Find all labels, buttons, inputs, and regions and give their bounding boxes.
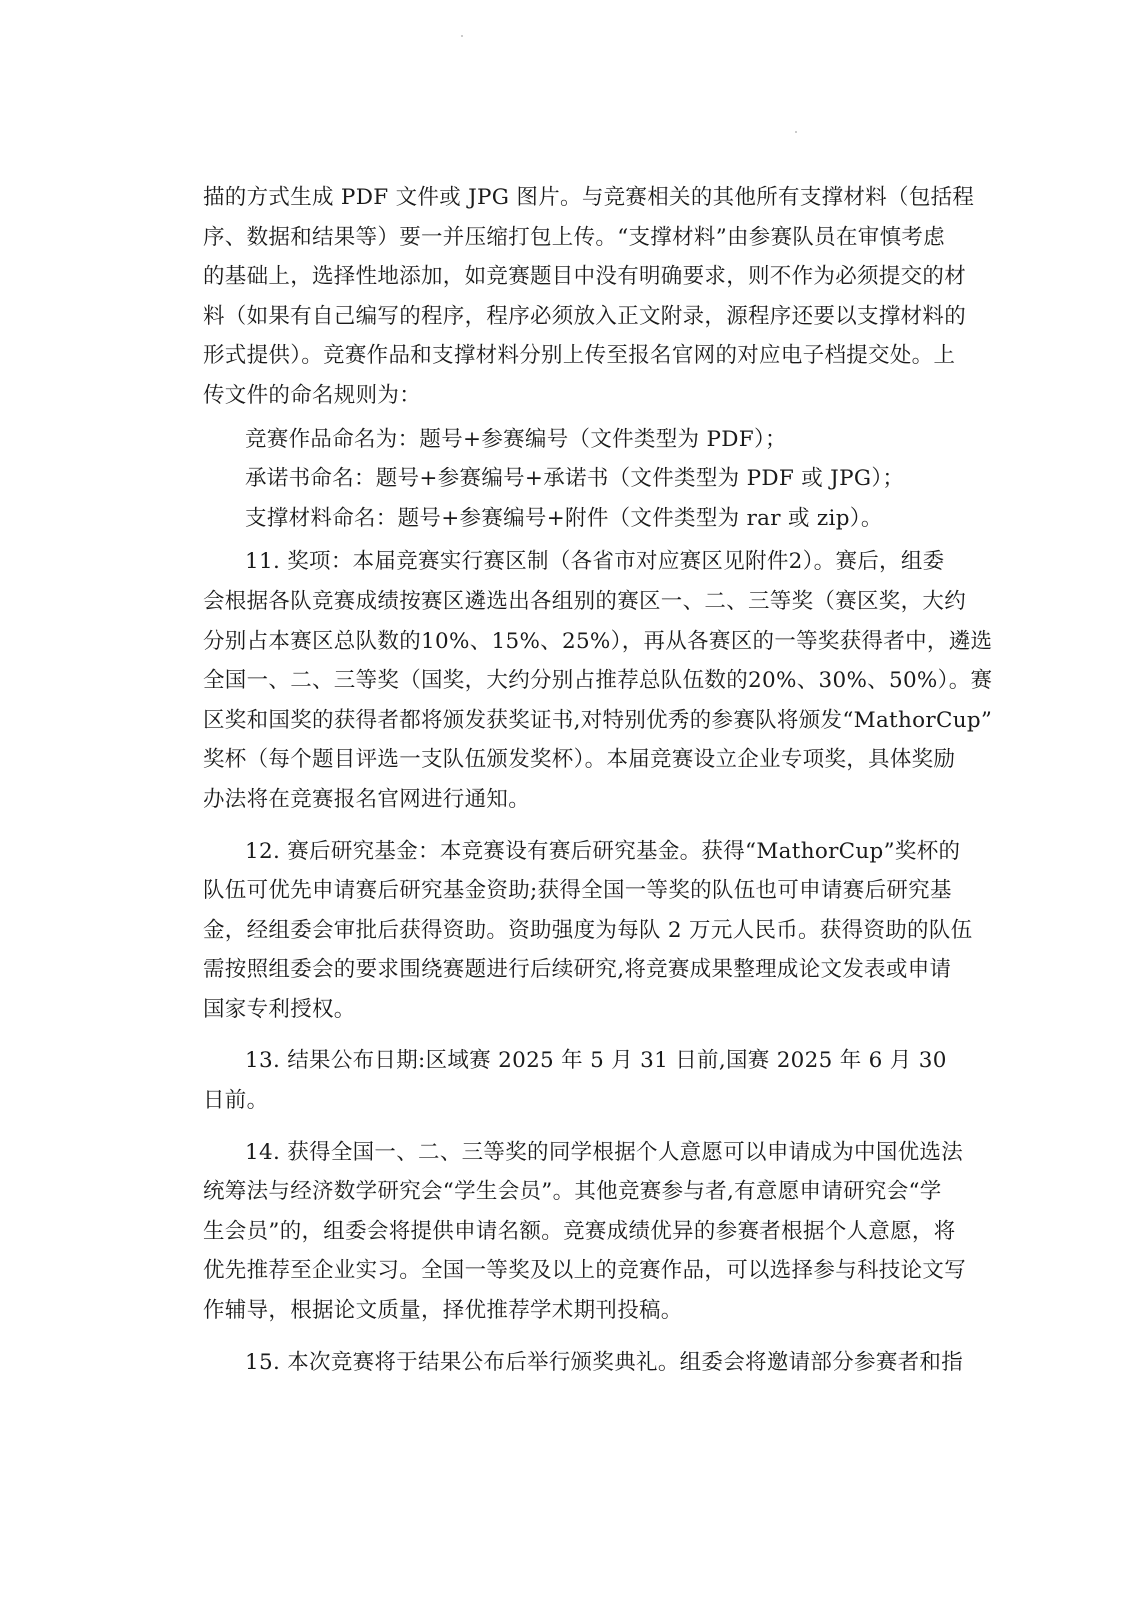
- text-line: 传文件的命名规则为：: [203, 376, 931, 416]
- section-11-awards: 11. 奖项：本届竞赛实行赛区制（各省市对应赛区见附件2）。赛后，组委 会根据各…: [203, 542, 931, 819]
- text-line: 区奖和国奖的获得者都将颁发获奖证书,对特别优秀的参赛队将颁发“MathorCup…: [203, 701, 931, 741]
- text-line: 会根据各队竞赛成绩按赛区遴选出各组别的赛区一、二、三等奖（赛区奖，大约: [203, 582, 931, 622]
- naming-rule-commitment: 承诺书命名：题号+参赛编号+承诺书（文件类型为 PDF 或 JPG）；: [203, 459, 931, 499]
- text-line: 队伍可优先申请赛后研究基金资助;获得全国一等奖的队伍也可申请赛后研究基: [203, 871, 931, 911]
- naming-rule-entry: 竞赛作品命名为：题号+参赛编号（文件类型为 PDF）；: [203, 420, 931, 460]
- section-14-student-membership: 14. 获得全国一、二、三等奖的同学根据个人意愿可以申请成为中国优选法 统筹法与…: [203, 1133, 931, 1331]
- naming-rules-list: 竞赛作品命名为：题号+参赛编号（文件类型为 PDF）； 承诺书命名：题号+参赛编…: [203, 420, 931, 539]
- scan-speck: [461, 35, 463, 37]
- text-line: 12. 赛后研究基金：本竞赛设有赛后研究基金。获得“MathorCup”奖杯的: [203, 832, 931, 872]
- paragraph-submission-materials: 描的方式生成 PDF 文件或 JPG 图片。与竞赛相关的其他所有支撑材料（包括程…: [203, 178, 931, 416]
- text-line: 优先推荐至企业实习。全国一等奖及以上的竞赛作品，可以选择参与科技论文写: [203, 1251, 931, 1291]
- document-page: 描的方式生成 PDF 文件或 JPG 图片。与竞赛相关的其他所有支撑材料（包括程…: [203, 178, 931, 1382]
- text-line: 生会员”的，组委会将提供申请名额。竞赛成绩优异的参赛者根据个人意愿，将: [203, 1212, 931, 1252]
- text-line: 统筹法与经济数学研究会“学生会员”。其他竞赛参与者,有意愿申请研究会“学: [203, 1172, 931, 1212]
- text-line: 的基础上，选择性地添加，如竞赛题目中没有明确要求，则不作为必须提交的材: [203, 257, 931, 297]
- text-line: 分别占本赛区总队数的10%、15%、25%），再从各赛区的一等奖获得者中，遴选: [203, 622, 931, 662]
- text-line: 作辅导，根据论文质量，择优推荐学术期刊投稿。: [203, 1291, 931, 1331]
- text-line: 办法将在竞赛报名官网进行通知。: [203, 780, 931, 820]
- text-line: 日前。: [203, 1081, 931, 1121]
- text-line: 11. 奖项：本届竞赛实行赛区制（各省市对应赛区见附件2）。赛后，组委: [203, 542, 931, 582]
- text-line: 需按照组委会的要求围绕赛题进行后续研究,将竞赛成果整理成论文发表或申请: [203, 950, 931, 990]
- section-13-result-dates: 13. 结果公布日期:区域赛 2025 年 5 月 31 日前,国赛 2025 …: [203, 1041, 931, 1120]
- text-line: 描的方式生成 PDF 文件或 JPG 图片。与竞赛相关的其他所有支撑材料（包括程: [203, 178, 931, 218]
- text-line: 形式提供）。竞赛作品和支撑材料分别上传至报名官网的对应电子档提交处。上: [203, 336, 931, 376]
- text-line: 国家专利授权。: [203, 990, 931, 1030]
- section-15-award-ceremony: 15. 本次竞赛将于结果公布后举行颁奖典礼。组委会将邀请部分参赛者和指: [203, 1343, 931, 1383]
- text-line: 奖杯（每个题目评选一支队伍颁发奖杯）。本届竞赛设立企业专项奖，具体奖励: [203, 740, 931, 780]
- text-line: 料（如果有自己编写的程序，程序必须放入正文附录，源程序还要以支撑材料的: [203, 297, 931, 337]
- text-line: 金，经组委会审批后获得资助。资助强度为每队 2 万元人民币。获得资助的队伍: [203, 911, 931, 951]
- text-line: 14. 获得全国一、二、三等奖的同学根据个人意愿可以申请成为中国优选法: [203, 1133, 931, 1173]
- scan-speck: [795, 131, 797, 133]
- section-12-research-fund: 12. 赛后研究基金：本竞赛设有赛后研究基金。获得“MathorCup”奖杯的 …: [203, 832, 931, 1030]
- text-line: 15. 本次竞赛将于结果公布后举行颁奖典礼。组委会将邀请部分参赛者和指: [203, 1343, 931, 1383]
- text-line: 13. 结果公布日期:区域赛 2025 年 5 月 31 日前,国赛 2025 …: [203, 1041, 931, 1081]
- text-line: 序、数据和结果等）要一并压缩打包上传。“支撑材料”由参赛队员在审慎考虑: [203, 218, 931, 258]
- text-line: 全国一、二、三等奖（国奖，大约分别占推荐总队伍数的20%、30%、50%）。赛: [203, 661, 931, 701]
- naming-rule-support: 支撑材料命名：题号+参赛编号+附件（文件类型为 rar 或 zip）。: [203, 499, 931, 539]
